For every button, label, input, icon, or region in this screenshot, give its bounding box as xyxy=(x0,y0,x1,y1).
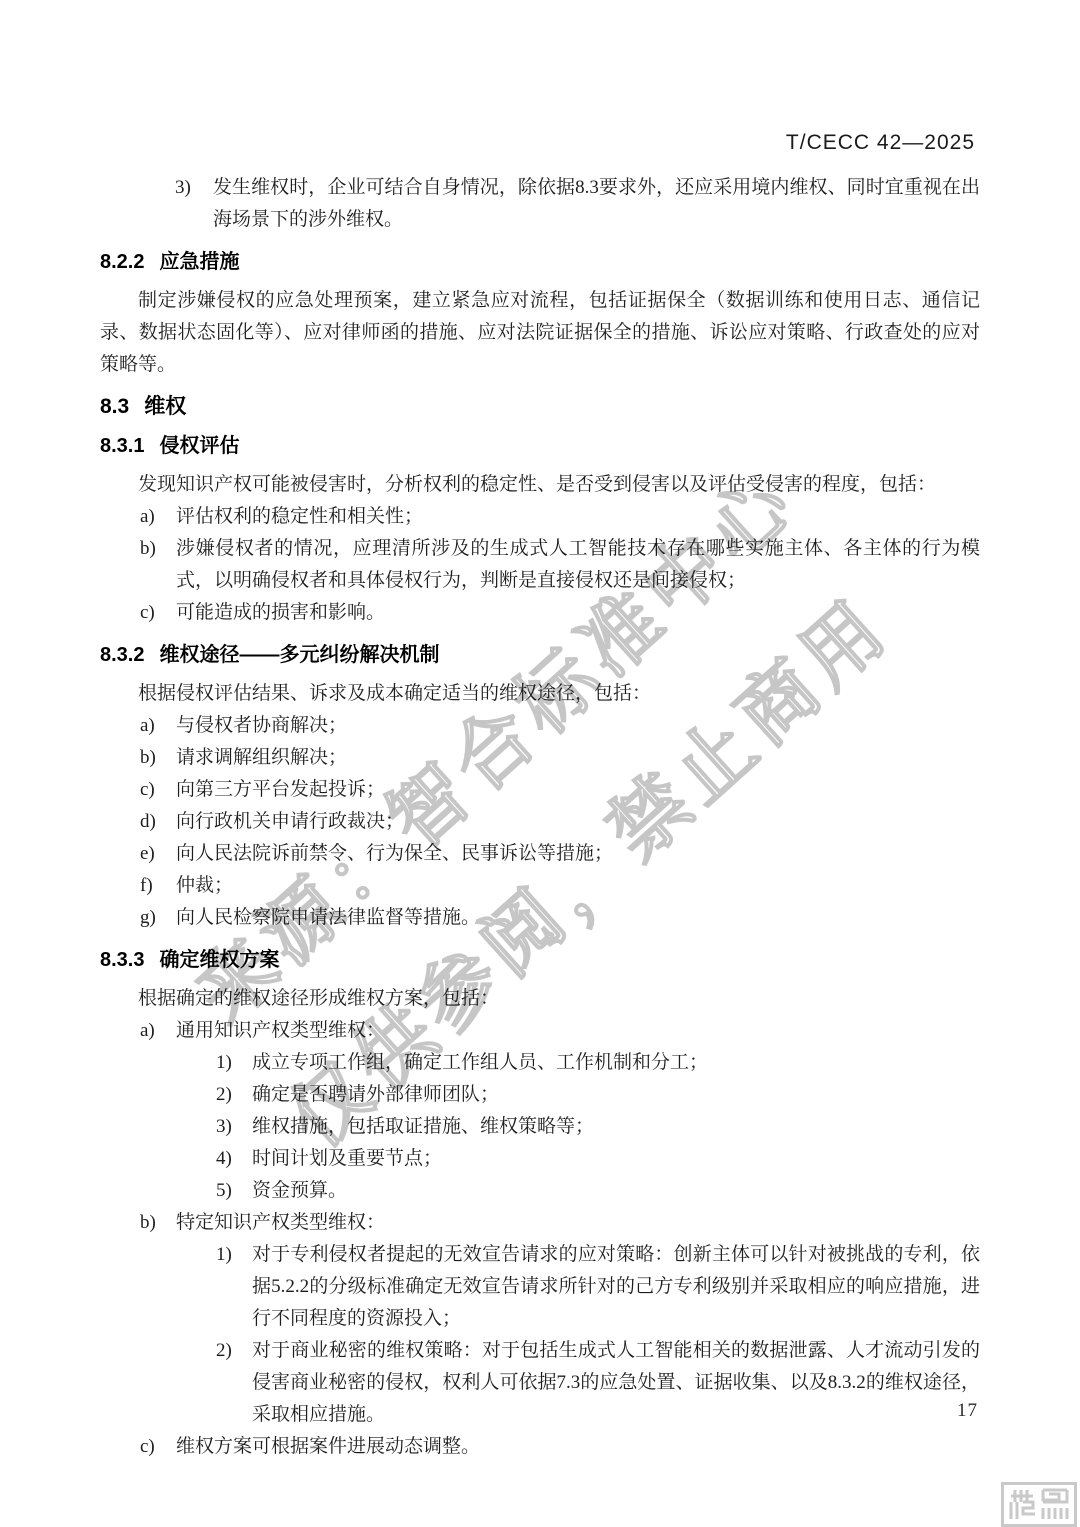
list-item-marker: a) xyxy=(140,710,176,742)
page-number: 17 xyxy=(957,1400,978,1422)
section-heading: 8.2.2 应急措施 xyxy=(100,249,980,275)
list-item-marker: a) xyxy=(140,1015,176,1047)
list-item: a) 评估权利的稳定性和相关性； xyxy=(140,501,980,533)
list-item-marker: g) xyxy=(140,902,176,934)
list-item-marker: d) xyxy=(140,806,176,838)
list-item: 3) 维权措施，包括取证措施、维权策略等； xyxy=(216,1111,980,1143)
list-item-text: 向行政机关申请行政裁决； xyxy=(176,806,980,838)
list-item-text: 向人民检察院申请法律监督等措施。 xyxy=(176,902,980,934)
list-item: b) 请求调解组织解决； xyxy=(140,742,980,774)
list-item-text: 对于商业秘密的维权策略：对于包括生成式人工智能相关的数据泄露、人才流动引发的侵害… xyxy=(252,1335,980,1431)
section-number: 8.3 xyxy=(100,394,129,420)
list-item-text: 通用知识产权类型维权： xyxy=(176,1015,980,1047)
list-item: c) 向第三方平台发起投诉； xyxy=(140,774,980,806)
list-item: 5) 资金预算。 xyxy=(216,1175,980,1207)
list-item: 1) 对于专利侵权者提起的无效宣告请求的应对策略：创新主体可以针对被挑战的专利，… xyxy=(216,1239,980,1335)
section-title: 侵权评估 xyxy=(159,433,239,459)
list-item-text: 特定知识产权类型维权： xyxy=(176,1207,980,1239)
list-item-marker: f) xyxy=(140,870,176,902)
list-item: b) 涉嫌侵权者的情况，应理清所涉及的生成式人工智能技术存在哪些实施主体、各主体… xyxy=(140,533,980,597)
list-item-text: 资金预算。 xyxy=(252,1175,980,1207)
list-item-text: 请求调解组织解决； xyxy=(176,742,980,774)
list-item: 2) 确定是否聘请外部律师团队； xyxy=(216,1079,980,1111)
list-item: 1) 成立专项工作组，确定工作组人员、工作机制和分工； xyxy=(216,1047,980,1079)
list-item: e) 向人民法院诉前禁令、行为保全、民事诉讼等措施； xyxy=(140,838,980,870)
section-heading: 8.3.1 侵权评估 xyxy=(100,433,980,459)
list-item-text: 成立专项工作组，确定工作组人员、工作机制和分工； xyxy=(252,1047,980,1079)
list-item: d) 向行政机关申请行政裁决； xyxy=(140,806,980,838)
list-item-text: 与侵权者协商解决； xyxy=(176,710,980,742)
list-item: b) 特定知识产权类型维权： xyxy=(140,1207,980,1239)
list-item-text: 涉嫌侵权者的情况，应理清所涉及的生成式人工智能技术存在哪些实施主体、各主体的行为… xyxy=(176,533,980,597)
section-number: 8.2.2 xyxy=(100,249,144,275)
paragraph: 根据侵权评估结果、诉求及成本确定适当的维权途径，包括： xyxy=(100,678,980,710)
list-item-marker: 4) xyxy=(216,1143,252,1175)
list-item-marker: 5) xyxy=(216,1175,252,1207)
section-heading: 8.3.3 确定维权方案 xyxy=(100,947,980,973)
list-item: c) 维权方案可根据案件进展动态调整。 xyxy=(140,1431,980,1463)
section-number: 8.3.1 xyxy=(100,433,144,459)
list-item-text: 维权措施，包括取证措施、维权策略等； xyxy=(252,1111,980,1143)
list-item-marker: 3) xyxy=(216,1111,252,1143)
list-item-marker: 3) xyxy=(175,172,213,236)
list-item: 2) 对于商业秘密的维权策略：对于包括生成式人工智能相关的数据泄露、人才流动引发… xyxy=(216,1335,980,1431)
seal-logo-icon xyxy=(1001,1482,1077,1527)
list-item-marker: 2) xyxy=(216,1335,252,1431)
section-title: 应急措施 xyxy=(159,249,239,275)
document-page: T/CECC 42—2025 来源：智合标准中心 仅供参阅，禁止商用 3) 发生… xyxy=(0,0,1080,1527)
list-item-marker: 1) xyxy=(216,1047,252,1079)
list-item-marker: b) xyxy=(140,1207,176,1239)
section-heading: 8.3.2 维权途径——多元纠纷解决机制 xyxy=(100,642,980,668)
list-item-text: 对于专利侵权者提起的无效宣告请求的应对策略：创新主体可以针对被挑战的专利，依据5… xyxy=(252,1239,980,1335)
list-item-marker: 1) xyxy=(216,1239,252,1335)
section-heading: 8.3 维权 xyxy=(100,394,980,420)
section-title: 维权途径——多元纠纷解决机制 xyxy=(159,642,439,668)
list-item-marker: e) xyxy=(140,838,176,870)
list-item: a) 与侵权者协商解决； xyxy=(140,710,980,742)
list-item-marker: c) xyxy=(140,774,176,806)
list-item-text: 可能造成的损害和影响。 xyxy=(176,597,980,629)
list-item: f) 仲裁； xyxy=(140,870,980,902)
section-title: 确定维权方案 xyxy=(159,947,279,973)
section-title: 维权 xyxy=(144,394,186,420)
paragraph: 制定涉嫌侵权的应急处理预案，建立紧急应对流程，包括证据保全（数据训练和使用日志、… xyxy=(100,285,980,381)
section-number: 8.3.2 xyxy=(100,642,144,668)
doc-code: T/CECC 42—2025 xyxy=(786,131,975,155)
list-item-text: 向第三方平台发起投诉； xyxy=(176,774,980,806)
list-item-text: 时间计划及重要节点； xyxy=(252,1143,980,1175)
section-number: 8.3.3 xyxy=(100,947,144,973)
list-item-text: 仲裁； xyxy=(176,870,980,902)
list-item: 3) 发生维权时，企业可结合自身情况，除依据8.3要求外，还应采用境内维权、同时… xyxy=(175,172,980,236)
list-item-text: 确定是否聘请外部律师团队； xyxy=(252,1079,980,1111)
list-item: 4) 时间计划及重要节点； xyxy=(216,1143,980,1175)
list-item-marker: b) xyxy=(140,742,176,774)
list-item-marker: a) xyxy=(140,501,176,533)
list-item-text: 评估权利的稳定性和相关性； xyxy=(176,501,980,533)
list-item: a) 通用知识产权类型维权： xyxy=(140,1015,980,1047)
list-item-marker: b) xyxy=(140,533,176,597)
document-content: 3) 发生维权时，企业可结合自身情况，除依据8.3要求外，还应采用境内维权、同时… xyxy=(100,172,980,1463)
paragraph: 发现知识产权可能被侵害时，分析权利的稳定性、是否受到侵害以及评估受侵害的程度，包… xyxy=(100,469,980,501)
list-item-text: 维权方案可根据案件进展动态调整。 xyxy=(176,1431,980,1463)
list-item-text: 向人民法院诉前禁令、行为保全、民事诉讼等措施； xyxy=(176,838,980,870)
list-item-marker: c) xyxy=(140,1431,176,1463)
list-item: g) 向人民检察院申请法律监督等措施。 xyxy=(140,902,980,934)
list-item-text: 发生维权时，企业可结合自身情况，除依据8.3要求外，还应采用境内维权、同时宜重视… xyxy=(213,172,980,236)
list-item-marker: c) xyxy=(140,597,176,629)
list-item-marker: 2) xyxy=(216,1079,252,1111)
list-item: c) 可能造成的损害和影响。 xyxy=(140,597,980,629)
paragraph: 根据确定的维权途径形成维权方案，包括： xyxy=(100,983,980,1015)
